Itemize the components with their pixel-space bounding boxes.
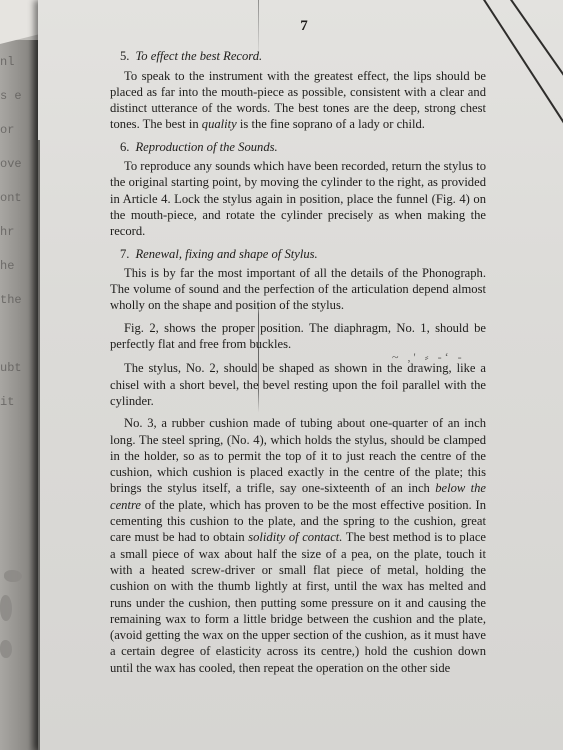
document-body: 7 5.To effect the best Record. To speak … (110, 18, 486, 682)
text: The best method is to place a small piec… (110, 530, 486, 674)
stain (0, 595, 12, 621)
text: is the fine soprano of a lady or child. (237, 117, 425, 131)
fragment: ove (0, 147, 40, 181)
paragraph: The stylus, No. 2, should be shaped as s… (110, 360, 486, 409)
section-title: To effect the best Record. (135, 49, 262, 63)
section-heading-5: 5.To effect the best Record. (120, 48, 486, 64)
text: No. 3, a rubber cushion made of tubing a… (110, 416, 486, 495)
paragraph: No. 3, a rubber cushion made of tubing a… (110, 415, 486, 676)
fragment: s e (0, 79, 40, 113)
underlying-page-text: nl s e or ove ont hr he the ubt it (0, 40, 40, 419)
fragment: he (0, 249, 40, 283)
fragment (0, 317, 40, 351)
emphasis: solidity of contact. (248, 530, 342, 544)
stain (0, 640, 12, 658)
section-title: Renewal, fixing and shape of Stylus. (135, 247, 317, 261)
paragraph: This is by far the most important of all… (110, 265, 486, 314)
fragment: nl (0, 45, 40, 79)
section-number: 7. (120, 247, 129, 261)
paragraph: To speak to the instrument with the grea… (110, 68, 486, 133)
page-edge (38, 140, 40, 750)
paragraph: Fig. 2, shows the proper position. The d… (110, 320, 486, 353)
fragment: the (0, 283, 40, 317)
fragment: it (0, 385, 40, 419)
paragraph: To reproduce any sounds which have been … (110, 158, 486, 239)
section-heading-6: 6.Reproduction of the Sounds. (120, 139, 486, 155)
fragment: ont (0, 181, 40, 215)
underlying-page: nl s e or ove ont hr he the ubt it (0, 40, 40, 750)
emphasis: quality (202, 117, 237, 131)
fragment: ubt (0, 351, 40, 385)
section-number: 5. (120, 49, 129, 63)
stain (4, 570, 22, 582)
photo-scene: nl s e or ove ont hr he the ubt it ~ ,' … (0, 0, 563, 750)
section-heading-7: 7.Renewal, fixing and shape of Stylus. (120, 246, 486, 262)
section-title: Reproduction of the Sounds. (135, 140, 277, 154)
fragment: hr (0, 215, 40, 249)
page-number: 7 (122, 18, 486, 34)
section-number: 6. (120, 140, 129, 154)
fragment: or (0, 113, 40, 147)
